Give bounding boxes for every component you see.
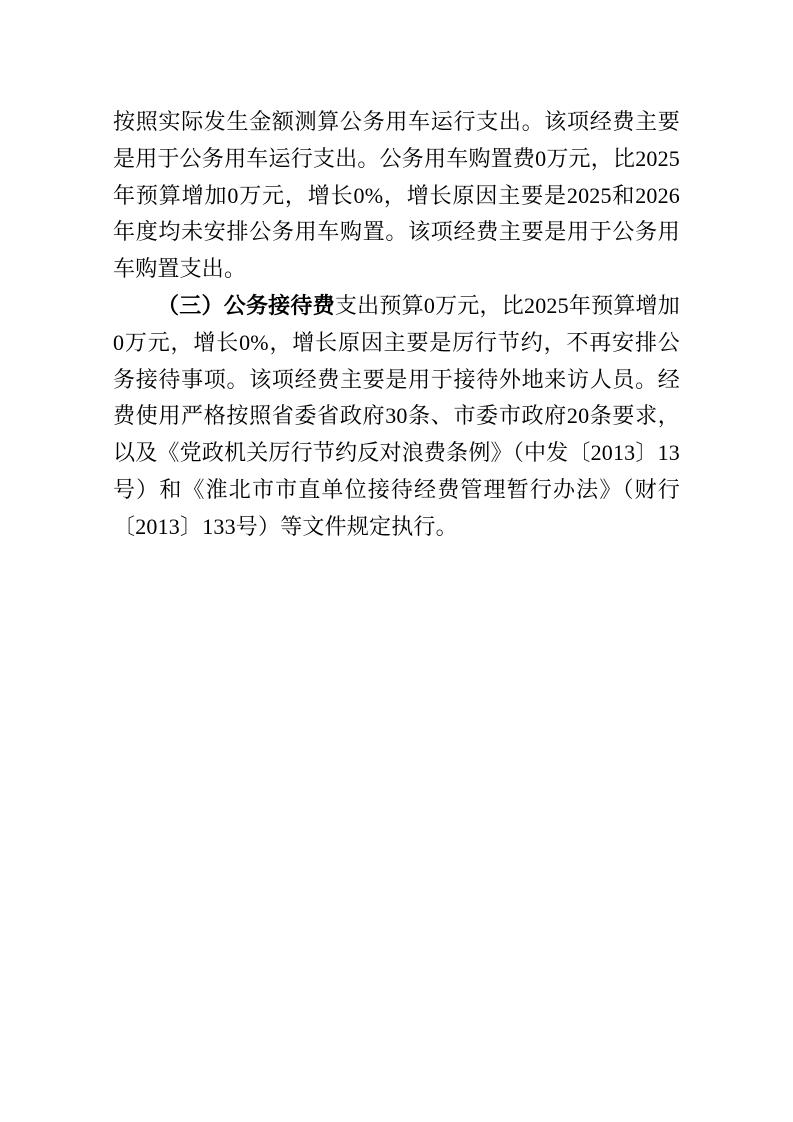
paragraph-text: 按照实际发生金额测算公务用车运行支出。该项经费主要是用于公务用车运行支出。公务用… <box>113 109 680 281</box>
paragraph-lead-heading: （三）公务接待费 <box>157 293 335 318</box>
paragraph-official-reception-expense: （三）公务接待费支出预算0万元，比2025年预算增加0万元，增长0%，增长原因主… <box>113 288 680 546</box>
paragraph-official-vehicle-expense: 按照实际发生金额测算公务用车运行支出。该项经费主要是用于公务用车运行支出。公务用… <box>113 104 680 288</box>
document-page: 按照实际发生金额测算公务用车运行支出。该项经费主要是用于公务用车运行支出。公务用… <box>0 0 793 1122</box>
paragraph-text: 支出预算0万元，比2025年预算增加0万元，增长0%，增长原因主要是厉行节约，不… <box>113 293 680 539</box>
document-body: 按照实际发生金额测算公务用车运行支出。该项经费主要是用于公务用车运行支出。公务用… <box>113 104 680 546</box>
